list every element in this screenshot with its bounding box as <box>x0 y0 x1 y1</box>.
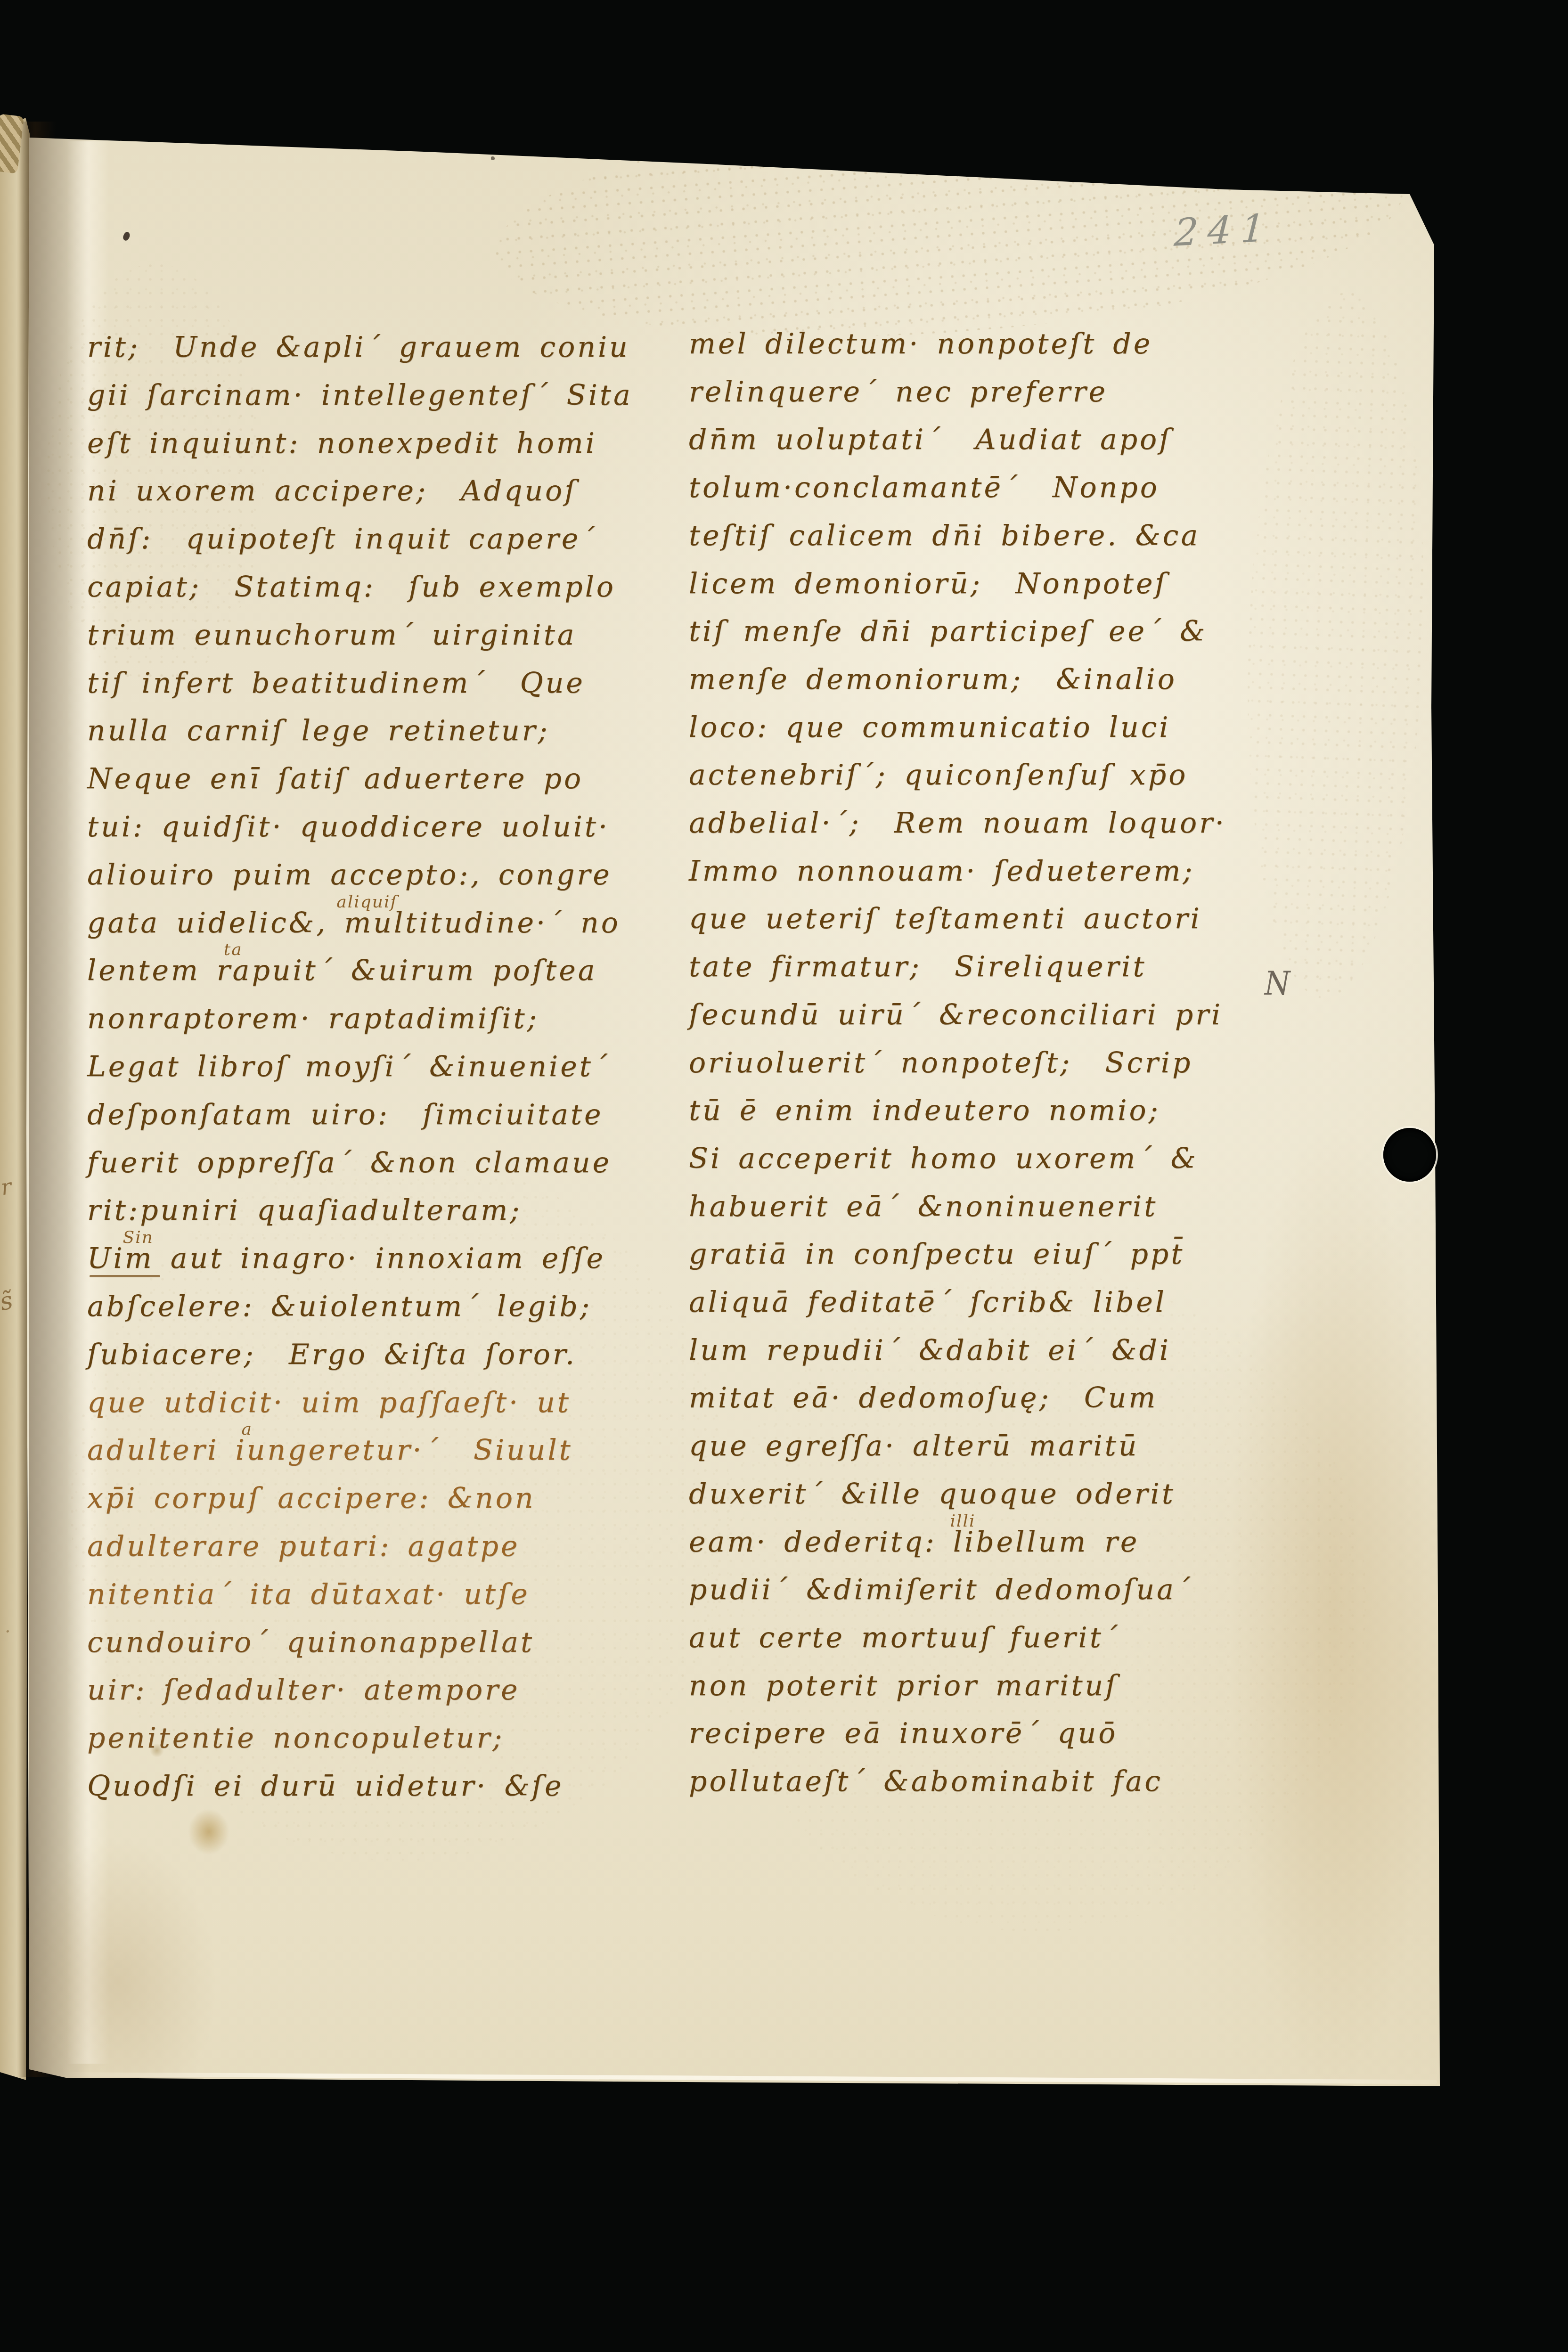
text-line: rit:puniri quaſiadulteram; <box>87 1191 681 1230</box>
text-line: duxerit´ &ille quoque oderit <box>689 1474 1282 1514</box>
text-line: nulla carniſ lege retinetur; <box>87 711 681 751</box>
text-line: gii ſarcinam· intellegenteſ´ Sita <box>87 376 681 415</box>
parchment-shading <box>19 1837 217 2130</box>
text-line: menſe demoniorum; &inalio <box>689 660 1282 699</box>
text-line: relinquere´ nec preferre <box>689 372 1282 412</box>
text-line: ſubiacere; Ergo &iſta ſoror. <box>87 1335 681 1374</box>
text-line: oriuoluerit´ nonpoteſt; Scrip <box>689 1043 1282 1083</box>
text-line: actenebriſ´; quiconſenſuſ xp̄o <box>689 755 1282 795</box>
interlinear-gloss: aliquiſ <box>336 882 398 922</box>
text-line: eſt inquiunt: nonexpedit homi <box>87 424 681 463</box>
text-line: recipere eā inuxorē´ quō <box>689 1714 1282 1753</box>
interlinear-gloss: illi <box>950 1502 975 1541</box>
folio-number-pencil: 241 <box>1173 205 1275 255</box>
text-line: ni uxorem accipere; Adquoſ <box>87 471 681 511</box>
text-line: tolum·conclamantē´ Nonpo <box>689 468 1282 507</box>
text-line: dn̄m uoluptati´ Audiat apoſ <box>689 420 1282 459</box>
text-line: gata uidelic&, multitudine·´ noaliquiſ <box>87 903 681 943</box>
text-line: Si acceperit homo uxorem´ & <box>689 1139 1282 1178</box>
text-line: capiat; Statimq: ſub exemplo <box>87 567 681 607</box>
text-line: non poterit prior marituſ <box>689 1666 1282 1706</box>
ink-speck <box>122 231 131 242</box>
text-line: nitentia´ ita dūtaxat· utſe <box>87 1575 681 1614</box>
text-line: fuerit oppreſſa´ &non clamaue <box>87 1143 681 1183</box>
text-line: nonraptorem· raptadimiſit; <box>87 999 681 1038</box>
text-line: deſponſatam uiro: ſimciuitate <box>87 1095 681 1135</box>
text-line: aliquā feditatē´ ſcrib& libel <box>689 1282 1282 1322</box>
text-line: mitat eā· dedomoſuę; Cum <box>689 1378 1282 1418</box>
underline-mark <box>90 1275 160 1277</box>
interlinear-gloss: a <box>242 1410 253 1449</box>
text-line: rit; Unde &apli´ grauem coniu <box>87 327 681 367</box>
text-line: penitentie noncopuletur; <box>87 1718 681 1758</box>
text-line: adbelial·´; Rem nouam loquor· <box>689 803 1282 843</box>
text-line: xp̄i corpuſ accipere: &non <box>87 1478 681 1518</box>
text-line: eam· dederitq: libellum reilli <box>689 1522 1282 1562</box>
parchment-page: 241 N rit; Unde &apli´ grauem coniugii ſ… <box>0 0 1568 2352</box>
wormhole <box>1383 1128 1436 1182</box>
text-line: Legat libroſ moyſi´ &inueniet´ <box>87 1047 681 1086</box>
text-line: aut certe mortuuſ fuerit´ <box>689 1618 1282 1658</box>
text-line: habuerit eā´ &noninuenerit <box>689 1187 1282 1226</box>
text-line: adulteri iungeretur·´ Siuulta <box>87 1430 681 1470</box>
parchment-stain <box>188 1809 229 1854</box>
text-line: Uim aut inagro· innoxiam eſſeSin <box>87 1239 681 1278</box>
text-line: lentem rapuit´ &uirum poſteata <box>87 951 681 990</box>
text-line: abſcelere: &uiolentum´ legib; <box>87 1287 681 1326</box>
text-line: tate firmatur; Sireliquerit <box>689 947 1282 987</box>
text-line: lum repudii´ &dabit ei´ &di <box>689 1331 1282 1370</box>
text-line: trium eunuchorum´ uirginita <box>87 615 681 655</box>
text-line: mel dilectum· nonpoteſt de <box>689 324 1282 364</box>
text-line: Immo nonnouam· ſedueterem; <box>689 851 1282 891</box>
text-line: pudii´ &dimiſerit dedomoſua´ <box>689 1570 1282 1609</box>
ink-speck <box>491 156 495 160</box>
interlinear-gloss: ta <box>224 930 243 970</box>
text-line: Quodſi ei durū uidetur· &ſe <box>87 1766 681 1806</box>
text-line: cundouiro´ quinonappellat <box>87 1623 681 1662</box>
text-line: tui: quidſit· quoddicere uoluit· <box>87 807 681 847</box>
interlinear-gloss: Sin <box>123 1218 154 1258</box>
text-line: pollutaeſt´ &abominabit fac <box>689 1762 1282 1801</box>
text-line: tiſ infert beatitudinem´ Que <box>87 663 681 703</box>
text-line: loco: que communicatio luci <box>689 708 1282 747</box>
text-line: adulterare putari: agatpe <box>87 1527 681 1566</box>
text-line: teſtiſ calicem dn̄i bibere. &ca <box>689 516 1282 555</box>
text-line: gratiā in conſpectu eiuſ´ ppt̄ <box>689 1234 1282 1274</box>
text-line: ſecundū uirū´ &reconciliari pri <box>689 995 1282 1035</box>
text-line: que utdicit· uim paſſaeſt· ut <box>87 1383 681 1422</box>
text-line: que ueteriſ teſtamenti auctori <box>689 899 1282 939</box>
text-line: que egreſſa· alterū maritū <box>689 1426 1282 1466</box>
manuscript-photo: 241 N rit; Unde &apli´ grauem coniugii ſ… <box>0 0 1568 2352</box>
text-line: tiſ menſe dn̄i participeſ ee´ & <box>689 612 1282 651</box>
text-line: dn̄ſ: quipoteſt inquit capere´ <box>87 519 681 559</box>
text-line: Neque enī ſatiſ aduertere po <box>87 759 681 799</box>
gutter-margin-mark: · <box>5 1621 11 1642</box>
text-line: tū ē enim indeutero nomio; <box>689 1091 1282 1130</box>
text-line: licem demoniorū; Nonpoteſ <box>689 564 1282 604</box>
text-line: uir: ſedadulter· atempore <box>87 1670 681 1710</box>
